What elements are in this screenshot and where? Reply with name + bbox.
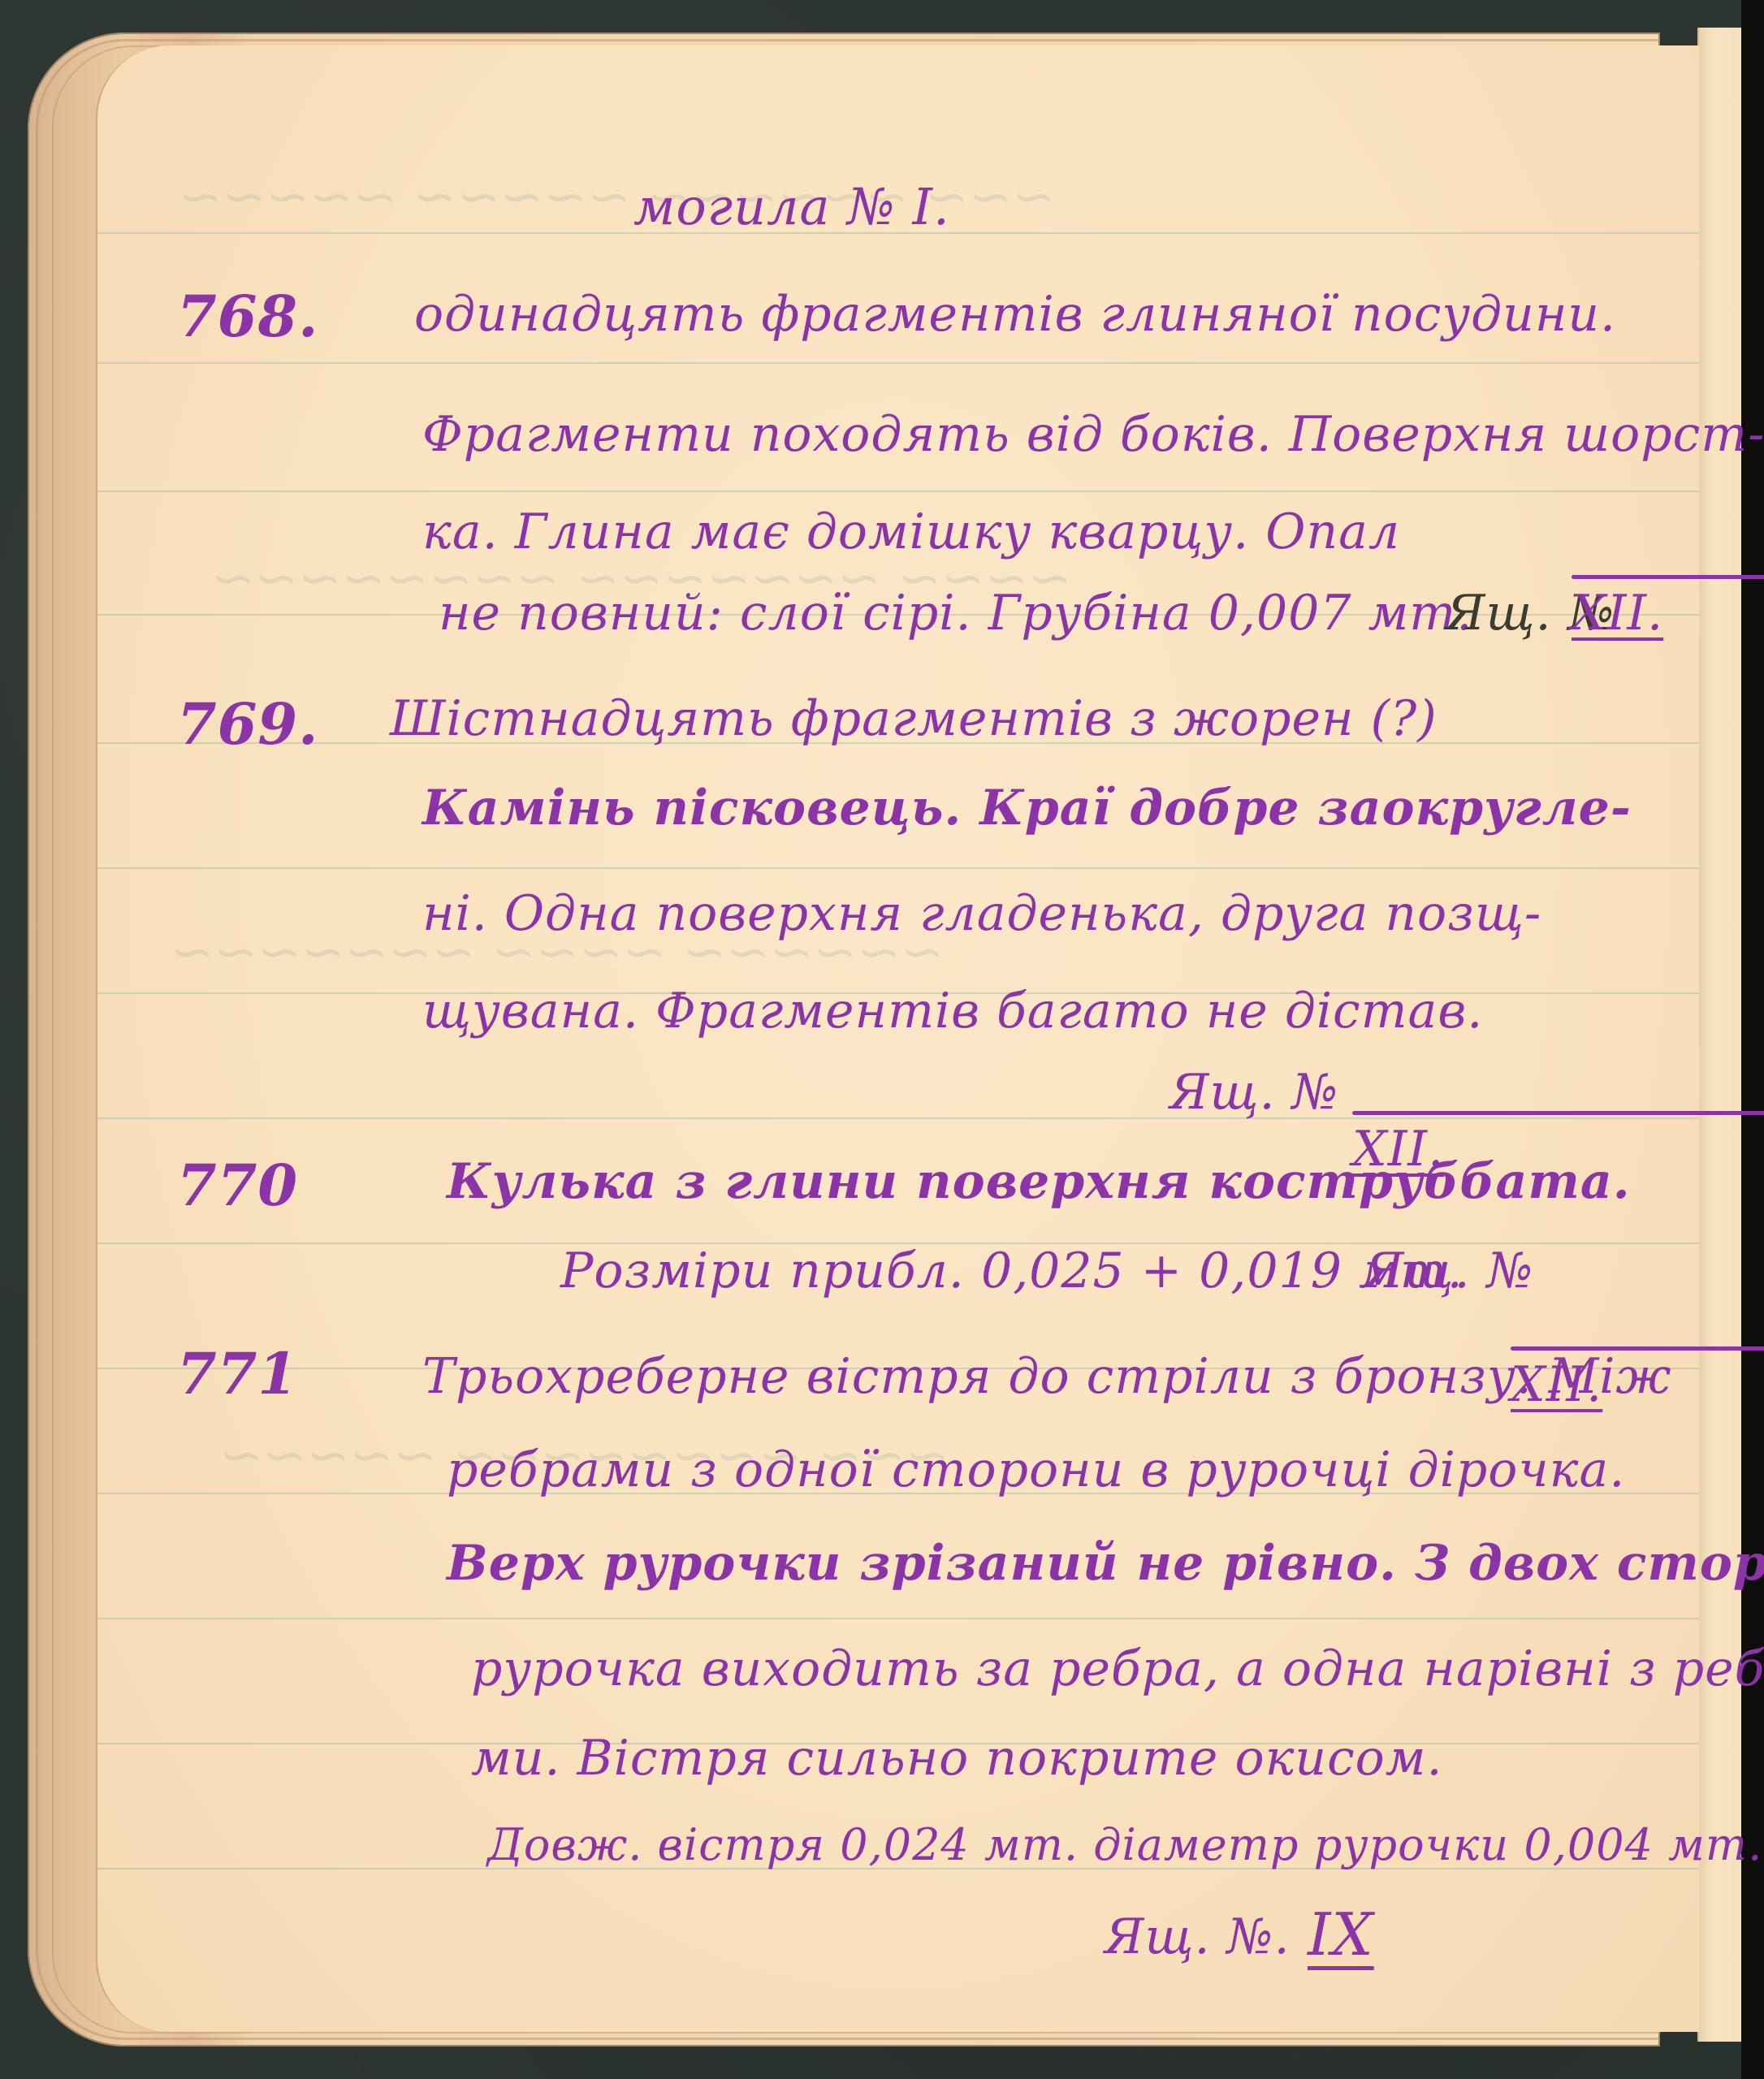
- entry-768-line-3: ка. Глина має домішку кварцу. Опал: [422, 504, 1400, 560]
- scan-border: [1741, 0, 1764, 2079]
- entry-768-line-2: Фрагменти походять від боків. Поверхня ш…: [422, 406, 1764, 463]
- page-heading: могила № I.: [633, 177, 950, 236]
- ruled-line: [97, 867, 1699, 869]
- entry-768-line-4: не повний: слої сірі. Грубіна 0,007 мт.: [439, 585, 1472, 642]
- entry-769-line-2: Камінь пісковець. Краї добре заокругле-: [422, 780, 1632, 836]
- entry-769-line-1: Шістнадцять фрагментів з жорен (?): [390, 690, 1438, 747]
- entry-771-box-label: Ящ. №.: [1105, 1908, 1291, 1965]
- ruled-line: [97, 362, 1699, 364]
- entry-769-box-label: Ящ. №: [1170, 1064, 1338, 1121]
- entry-770-line-2: Розміри прибл. 0,025 + 0,019 мт.: [560, 1243, 1464, 1299]
- entry-771-line-5: ми. Вістря сильно покрите окисом.: [471, 1730, 1443, 1787]
- entry-number-769: 769.: [177, 690, 319, 758]
- entry-number-771: 771: [177, 1340, 298, 1407]
- entry-768-box-number: XII.: [1572, 585, 1764, 642]
- entry-771-line-1: Трьохреберне вістря до стріли з бронзу. …: [422, 1348, 1672, 1405]
- entry-770-box-label: Ящ. №: [1364, 1243, 1533, 1299]
- entry-771-line-2: ребрами з одної сторони в рурочці дірочк…: [447, 1441, 1625, 1498]
- ruled-line: [97, 491, 1699, 492]
- entry-770-line-1: Кулька з глини поверхня коструббата.: [447, 1153, 1631, 1210]
- entry-768-line-1: одинадцять фрагментів глиняної посудини.: [414, 286, 1616, 343]
- entry-771-line-6: Довж. вістря 0,024 мт. діаметр рурочки 0…: [487, 1819, 1762, 1870]
- facing-page-edge: [1697, 28, 1743, 2042]
- entry-number-768: 768.: [177, 283, 319, 350]
- entry-771-box-number: IX: [1308, 1900, 1374, 1969]
- entry-771-line-4: рурочка виходить за ребра, а одна нарівн…: [471, 1640, 1764, 1697]
- ruled-line: [97, 1618, 1699, 1619]
- ruled-line: [97, 1117, 1699, 1119]
- entry-769-line-4: щувана. Фрагментів багато не дістав.: [422, 983, 1483, 1039]
- entry-769-line-3: ні. Одна поверхня гладенька, друга позщ-: [422, 885, 1541, 942]
- entry-number-770: 770: [177, 1152, 298, 1219]
- entry-771-line-3: Верх рурочки зрізаний не рівно. З двох с…: [447, 1535, 1764, 1592]
